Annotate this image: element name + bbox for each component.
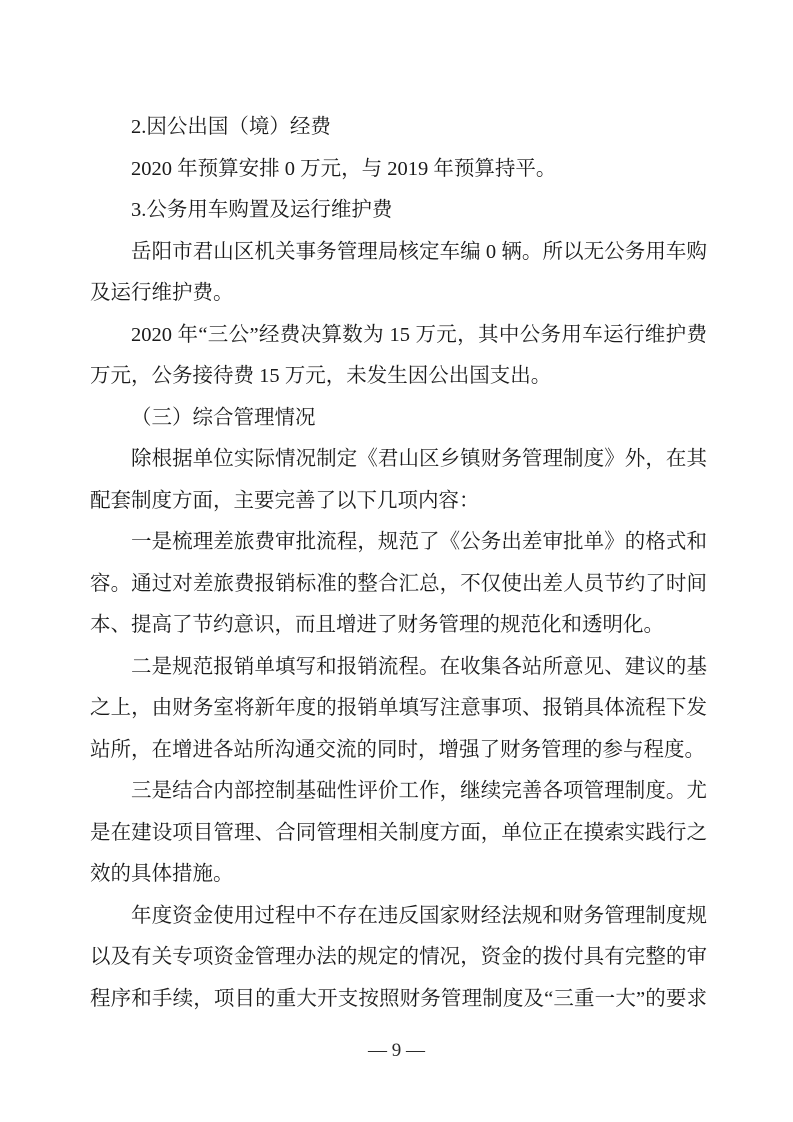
text-line: 万元，公务接待费 15 万元，未发生因公出国支出。 — [90, 356, 707, 398]
text-line: 配套制度方面，主要完善了以下几项内容： — [90, 481, 707, 523]
body-text: 2.因公出国（境）经费2020 年预算安排 0 万元，与 2019 年预算持平。… — [90, 107, 707, 1020]
document-page: 2.因公出国（境）经费2020 年预算安排 0 万元，与 2019 年预算持平。… — [0, 0, 793, 1122]
text-line: 程序和手续，项目的重大开支按照财务管理制度及“三重一大”的要求 — [90, 979, 707, 1021]
text-line: 年度资金使用过程中不存在违反国家财经法规和财务管理制度规定 — [90, 896, 707, 938]
text-line: 之上，由财务室将新年度的报销单填写注意事项、报销具体流程下发各 — [90, 688, 707, 730]
text-line: 及运行维护费。 — [90, 273, 707, 315]
text-line: 效的具体措施。 — [90, 854, 707, 896]
text-line: 一是梳理差旅费审批流程，规范了《公务出差审批单》的格式和内 — [90, 522, 707, 564]
text-line: 3.公务用车购置及运行维护费 — [90, 190, 707, 232]
text-line: 以及有关专项资金管理办法的规定的情况，资金的拨付具有完整的审批 — [90, 937, 707, 979]
text-line: 2.因公出国（境）经费 — [90, 107, 707, 149]
text-line: 是在建设项目管理、合同管理相关制度方面，单位正在摸索实践行之有 — [90, 813, 707, 855]
text-line: 除根据单位实际情况制定《君山区乡镇财务管理制度》外，在其他 — [90, 439, 707, 481]
text-line: 本、提高了节约意识，而且增进了财务管理的规范化和透明化。 — [90, 605, 707, 647]
text-line: 容。通过对差旅费报销标准的整合汇总，不仅使出差人员节约了时间成 — [90, 564, 707, 606]
page-number: — 9 — — [0, 1040, 793, 1062]
text-line: 2020 年“三公”经费决算数为 15 万元，其中公务用车运行维护费 0 — [90, 315, 707, 357]
text-line: 三是结合内部控制基础性评价工作，继续完善各项管理制度。尤其 — [90, 771, 707, 813]
text-line: 站所，在增进各站所沟通交流的同时，增强了财务管理的参与程度。 — [90, 730, 707, 772]
text-line: 2020 年预算安排 0 万元，与 2019 年预算持平。 — [90, 149, 707, 191]
text-line: 岳阳市君山区机关事务管理局核定车编 0 辆。所以无公务用车购置 — [90, 232, 707, 274]
text-line: （三）综合管理情况 — [90, 398, 707, 440]
text-line: 二是规范报销单填写和报销流程。在收集各站所意见、建议的基础 — [90, 647, 707, 689]
